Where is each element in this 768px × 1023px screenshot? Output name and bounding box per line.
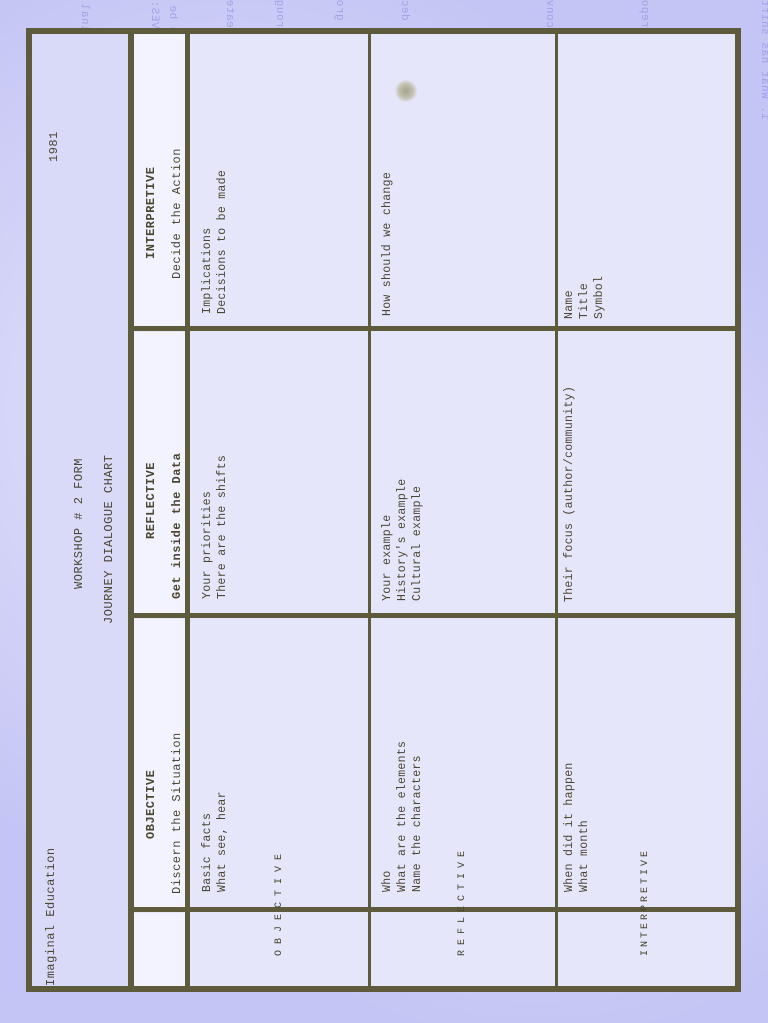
prompt-line: Decisions to be made [215,170,230,314]
prompt-reflective-3: Their focus (author/community) [562,386,577,602]
prompt-line: There are the shifts [215,455,230,599]
grid-line [555,34,558,986]
prompt-reflective-1: Your priorities There are the shifts [200,455,230,599]
prompt-reflective-2: Your example History's example Cultural … [380,479,425,601]
journey-dialogue-chart: 1981 WORKSHOP # 2 FORM JOURNEY DIALOGUE … [26,28,741,992]
prompt-line: History's example [395,479,410,601]
prompt-line: What are the elements [395,741,410,892]
interpretive-heading: INTERPRETIVE [144,167,158,259]
prompt-line: What see, hear [215,791,230,892]
level-label-reflective: REFLECTIVE [457,846,469,956]
prompt-objective-2: Who What are the elements Name the chara… [380,741,425,892]
objective-heading: OBJECTIVE [144,770,158,839]
prompt-line: Title [577,276,592,319]
level-label-objective: OBJECTIVE [274,848,286,956]
prompt-interpretive-2: How should we change [380,172,395,316]
prompt-line: When did it happen [562,762,577,892]
year-label: 1981 [47,131,61,162]
prompt-line: Your priorities [200,455,215,599]
prompt-line: Implications [200,170,215,314]
prompt-line: Symbol [592,276,607,319]
grid-line [128,34,134,986]
prompt-line: Basic facts [200,791,215,892]
ink-stamp-mark [395,80,417,102]
header-cell-empty [134,913,185,986]
scanned-page: Imaginal Education GENERAL OBJECTIVES: T… [0,0,768,1023]
grid-line [128,613,741,618]
prompt-line: Your example [380,479,395,601]
reflective-heading: REFLECTIVE [144,462,158,539]
prompt-line: Name [562,276,577,319]
reflective-subheading: Get inside the Data [170,453,184,599]
prompt-line: Their focus (author/community) [562,386,577,602]
grid-line [185,34,190,986]
grid-line [128,326,741,331]
prompt-line: Who [380,741,395,892]
prompt-line: Cultural example [410,479,425,601]
workshop-label: WORKSHOP # 2 FORM [72,458,86,589]
prompt-interpretive-3: Name Title Symbol [562,276,607,319]
interpretive-subheading: Decide the Action [170,148,184,279]
prompt-objective-3: When did it happen What month [562,762,592,892]
prompt-line: What month [577,762,592,892]
prompt-interpretive-1: Implications Decisions to be made [200,170,230,314]
prompt-line: Name the characters [410,741,425,892]
grid-line [368,34,371,986]
chart-title: JOURNEY DIALOGUE CHART [102,455,116,624]
prompt-objective-1: Basic facts What see, hear [200,791,230,892]
objective-subheading: Discern the Situation [170,732,184,894]
prompt-line: How should we change [380,172,395,316]
bleed-through-line: 1. What has shifted your experience the … [758,0,768,120]
level-label-interpretive: INTERPRETIVE [640,848,652,956]
organization-label: Imaginal Education [44,847,58,986]
